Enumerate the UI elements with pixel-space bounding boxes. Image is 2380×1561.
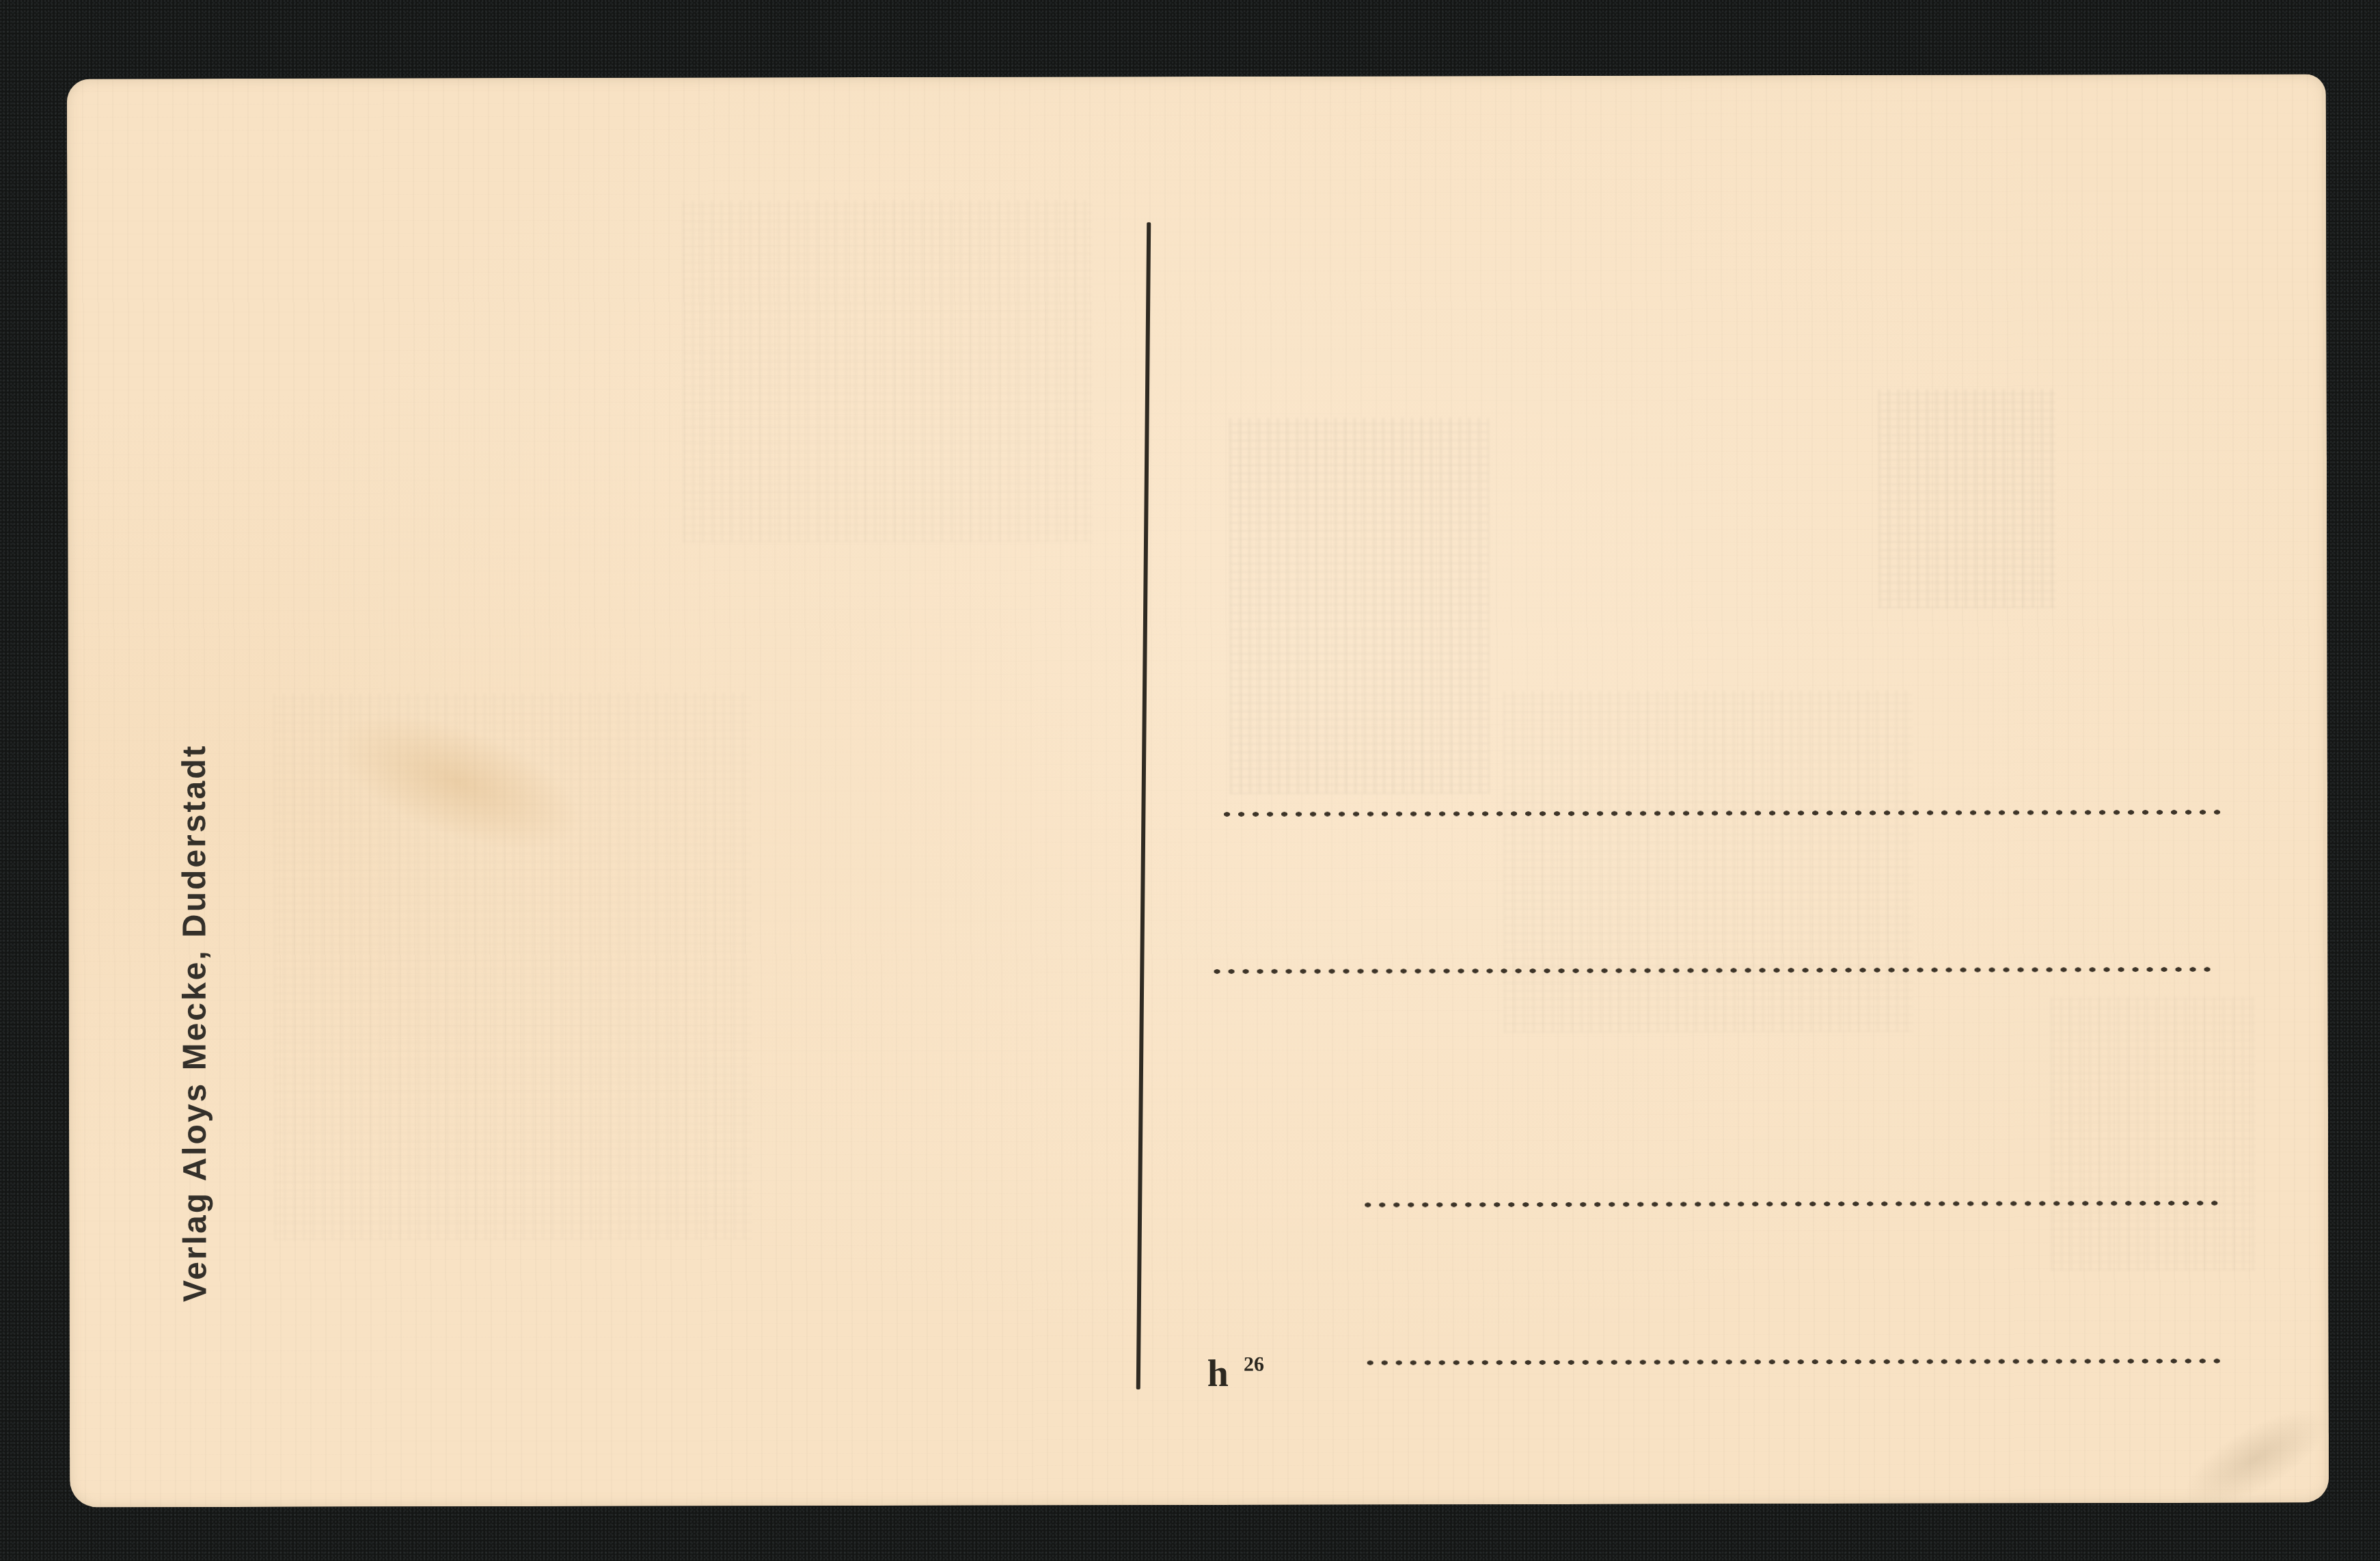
- address-line-2: [1210, 967, 2218, 974]
- showthrough-mark: [682, 200, 1093, 542]
- plate-code-number: 26: [1244, 1353, 1264, 1376]
- showthrough-mark: [1878, 389, 2057, 608]
- address-line-3: [1360, 1201, 2218, 1208]
- showthrough-mark: [273, 692, 753, 1240]
- showthrough-mark: [2051, 997, 2256, 1271]
- paper-stain: [2170, 1391, 2343, 1526]
- publisher-imprint: Verlag Aloys Mecke, Duderstadt: [174, 783, 217, 1302]
- showthrough-mark: [1229, 418, 1490, 794]
- postcard-back: Verlag Aloys Mecke, Duderstadt h26: [67, 74, 2329, 1508]
- address-line-4: [1363, 1359, 2222, 1366]
- plate-code-letter: h: [1207, 1353, 1229, 1395]
- paper-stain: [317, 686, 599, 878]
- showthrough-mark: [1503, 690, 1914, 1033]
- address-line-1: [1220, 810, 2228, 817]
- plate-code: h26: [1207, 1352, 1264, 1396]
- vertical-divider-line: [1136, 222, 1151, 1389]
